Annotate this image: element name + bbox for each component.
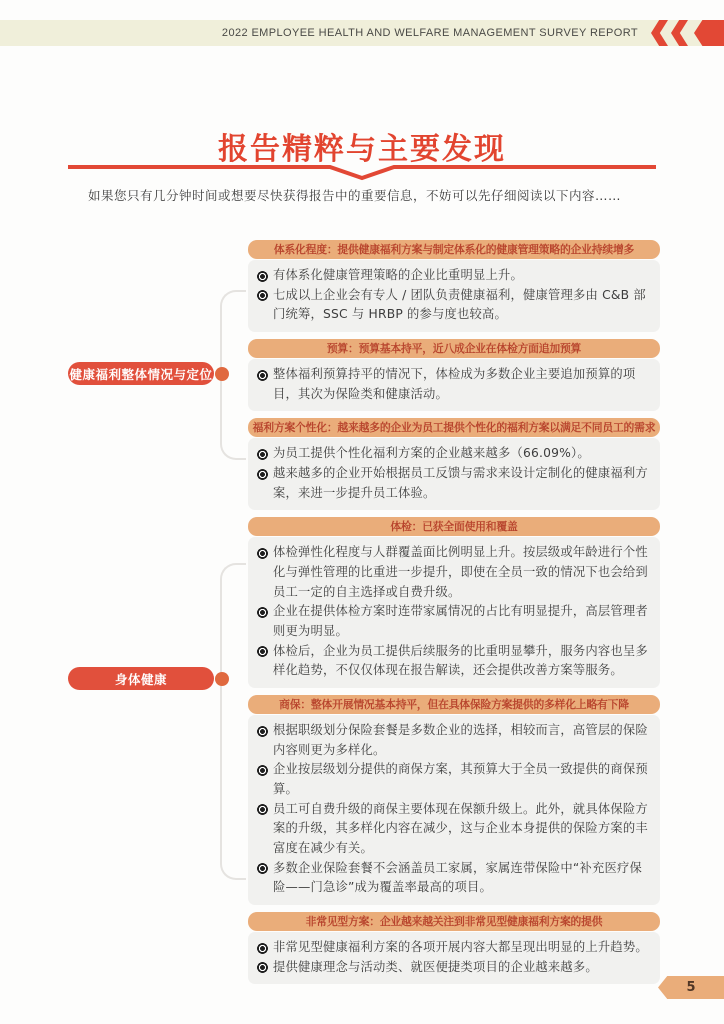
bullet-item: 为员工提供个性化福利方案的企业越来越多（66.09%）。 (257, 444, 650, 464)
title-underline-icon (68, 164, 656, 181)
page-number-badge: 5 (658, 976, 724, 999)
header-band-title: 2022 EMPLOYEE HEALTH AND WELFARE MANAGEM… (222, 27, 638, 39)
bullet-text: 整体福利预算持平的情况下，体检成为多数企业主要追加预算的项目，其次为保险类和健康… (273, 365, 650, 404)
chevron-left-icon (671, 20, 688, 46)
bullet-item: 根据职级划分保险套餐是多数企业的选择，相较而言，高管层的保险内容则更为多样化。 (257, 721, 650, 760)
bullet-item: 有体系化健康管理策略的企业比重明显上升。 (257, 266, 650, 286)
finding-section: 福利方案个性化：越来越多的企业为员工提供个性化的福利方案以满足不同员工的需求 为… (248, 418, 660, 510)
bullet-item: 企业在提供体检方案时连带家属情况的占比有明显提升，高层管理者则更为明显。 (257, 602, 650, 641)
header-band: 2022 EMPLOYEE HEALTH AND WELFARE MANAGEM… (0, 20, 724, 46)
bullet-text: 非常见型健康福利方案的各项开展内容大都呈现出明显的上升趋势。 (273, 938, 648, 958)
bullet-text: 员工可自费升级的商保主要体现在保额升级上。此外，就具体保险方案的升级，其多样化内… (273, 800, 650, 859)
fisheye-bullet-icon (257, 863, 268, 874)
fisheye-bullet-icon (257, 646, 268, 657)
bullet-text: 为员工提供个性化福利方案的企业越来越多（66.09%）。 (273, 444, 590, 464)
group-label-overall-welfare: 健康福利整体情况与定位 (68, 362, 214, 385)
sections-column: 体系化程度：提供健康福利方案与制定体系化的健康管理策略的企业持续增多 有体系化健… (248, 240, 660, 991)
group-label-physical-health: 身体健康 (68, 667, 214, 690)
fisheye-bullet-icon (257, 607, 268, 618)
bullet-text: 根据职级划分保险套餐是多数企业的选择，相较而言，高管层的保险内容则更为多样化。 (273, 721, 650, 760)
bullet-item: 七成以上企业会有专人 / 团队负责健康福利，健康管理多由 C&B 部门统筹，SS… (257, 286, 650, 325)
bullet-item: 非常见型健康福利方案的各项开展内容大都呈现出明显的上升趋势。 (257, 938, 650, 958)
section-body: 非常见型健康福利方案的各项开展内容大都呈现出明显的上升趋势。 提供健康理念与活动… (248, 932, 660, 984)
bullet-item: 整体福利预算持平的情况下，体检成为多数企业主要追加预算的项目，其次为保险类和健康… (257, 365, 650, 404)
bullet-item: 越来越多的企业开始根据员工反馈与需求来设计定制化的健康福利方案，来进一步提升员工… (257, 464, 650, 503)
bullet-text: 七成以上企业会有专人 / 团队负责健康福利，健康管理多由 C&B 部门统筹，SS… (273, 286, 650, 325)
page-number: 5 (686, 980, 695, 995)
bullet-text: 体检弹性化程度与人群覆盖面比例明显上升。按层级或年龄进行个性化与弹性管理的比重进… (273, 543, 650, 602)
connector-dot-icon (215, 672, 229, 686)
finding-section: 预算：预算基本持平，近八成企业在体检方面追加预算 整体福利预算持平的情况下，体检… (248, 339, 660, 411)
section-header: 预算：预算基本持平，近八成企业在体检方面追加预算 (248, 339, 660, 358)
finding-section: 非常见型方案：企业越来越关注到非常见型健康福利方案的提供 非常见型健康福利方案的… (248, 912, 660, 984)
fisheye-bullet-icon (257, 370, 268, 381)
bullet-text: 多数企业保险套餐不会涵盖员工家属，家属连带保险中“补充医疗保险——门急诊”成为覆… (273, 859, 650, 898)
section-header: 非常见型方案：企业越来越关注到非常见型健康福利方案的提供 (248, 912, 660, 931)
bullet-item: 提供健康理念与活动类、就医便捷类项目的企业越来越多。 (257, 958, 650, 978)
bullet-item: 企业按层级划分提供的商保方案，其预算大于全员一致提供的商保预算。 (257, 760, 650, 799)
arrow-left-block-icon (694, 20, 724, 46)
finding-section: 体系化程度：提供健康福利方案与制定体系化的健康管理策略的企业持续增多 有体系化健… (248, 240, 660, 332)
chevron-left-icon (651, 20, 668, 46)
bullet-text: 越来越多的企业开始根据员工反馈与需求来设计定制化的健康福利方案，来进一步提升员工… (273, 464, 650, 503)
report-page: 2022 EMPLOYEE HEALTH AND WELFARE MANAGEM… (0, 0, 724, 1024)
group-bracket (220, 563, 246, 880)
section-header: 福利方案个性化：越来越多的企业为员工提供个性化的福利方案以满足不同员工的需求 (248, 418, 660, 437)
intro-text: 如果您只有几分钟时间或想要尽快获得报告中的重要信息，不妨可以先仔细阅读以下内容…… (88, 186, 668, 204)
group-label-text: 健康福利整体情况与定位 (69, 365, 212, 383)
fisheye-bullet-icon (257, 726, 268, 737)
section-body: 整体福利预算持平的情况下，体检成为多数企业主要追加预算的项目，其次为保险类和健康… (248, 359, 660, 411)
finding-section: 体检：已获全面使用和覆盖 体检弹性化程度与人群覆盖面比例明显上升。按层级或年龄进… (248, 517, 660, 688)
section-header: 商保：整体开展情况基本持平，但在具体保险方案提供的多样化上略有下降 (248, 695, 660, 714)
bullet-text: 提供健康理念与活动类、就医便捷类项目的企业越来越多。 (273, 958, 598, 978)
bullet-item: 体检弹性化程度与人群覆盖面比例明显上升。按层级或年龄进行个性化与弹性管理的比重进… (257, 543, 650, 602)
bullet-text: 有体系化健康管理策略的企业比重明显上升。 (273, 266, 523, 286)
connector-dot-icon (215, 367, 229, 381)
fisheye-bullet-icon (257, 290, 268, 301)
finding-section: 商保：整体开展情况基本持平，但在具体保险方案提供的多样化上略有下降 根据职级划分… (248, 695, 660, 905)
page-title: 报告精粹与主要发现 (0, 124, 724, 168)
fisheye-bullet-icon (257, 469, 268, 480)
section-body: 体检弹性化程度与人群覆盖面比例明显上升。按层级或年龄进行个性化与弹性管理的比重进… (248, 537, 660, 688)
fisheye-bullet-icon (257, 548, 268, 559)
fisheye-bullet-icon (257, 765, 268, 776)
section-body: 为员工提供个性化福利方案的企业越来越多（66.09%）。 越来越多的企业开始根据… (248, 438, 660, 510)
section-header: 体检：已获全面使用和覆盖 (248, 517, 660, 536)
section-body: 根据职级划分保险套餐是多数企业的选择，相较而言，高管层的保险内容则更为多样化。 … (248, 715, 660, 905)
bullet-item: 多数企业保险套餐不会涵盖员工家属，家属连带保险中“补充医疗保险——门急诊”成为覆… (257, 859, 650, 898)
fisheye-bullet-icon (257, 449, 268, 460)
bullet-item: 员工可自费升级的商保主要体现在保额升级上。此外，就具体保险方案的升级，其多样化内… (257, 800, 650, 859)
section-body: 有体系化健康管理策略的企业比重明显上升。 七成以上企业会有专人 / 团队负责健康… (248, 260, 660, 332)
bullet-text: 企业按层级划分提供的商保方案，其预算大于全员一致提供的商保预算。 (273, 760, 650, 799)
fisheye-bullet-icon (257, 804, 268, 815)
fisheye-bullet-icon (257, 271, 268, 282)
section-header: 体系化程度：提供健康福利方案与制定体系化的健康管理策略的企业持续增多 (248, 240, 660, 259)
fisheye-bullet-icon (257, 943, 268, 954)
group-label-text: 身体健康 (115, 670, 167, 688)
bullet-item: 体检后，企业为员工提供后续服务的比重明显攀升，服务内容也呈多样化趋势，不仅仅体现… (257, 642, 650, 681)
bullet-text: 企业在提供体检方案时连带家属情况的占比有明显提升，高层管理者则更为明显。 (273, 602, 650, 641)
bullet-text: 体检后，企业为员工提供后续服务的比重明显攀升，服务内容也呈多样化趋势，不仅仅体现… (273, 642, 650, 681)
fisheye-bullet-icon (257, 962, 268, 973)
